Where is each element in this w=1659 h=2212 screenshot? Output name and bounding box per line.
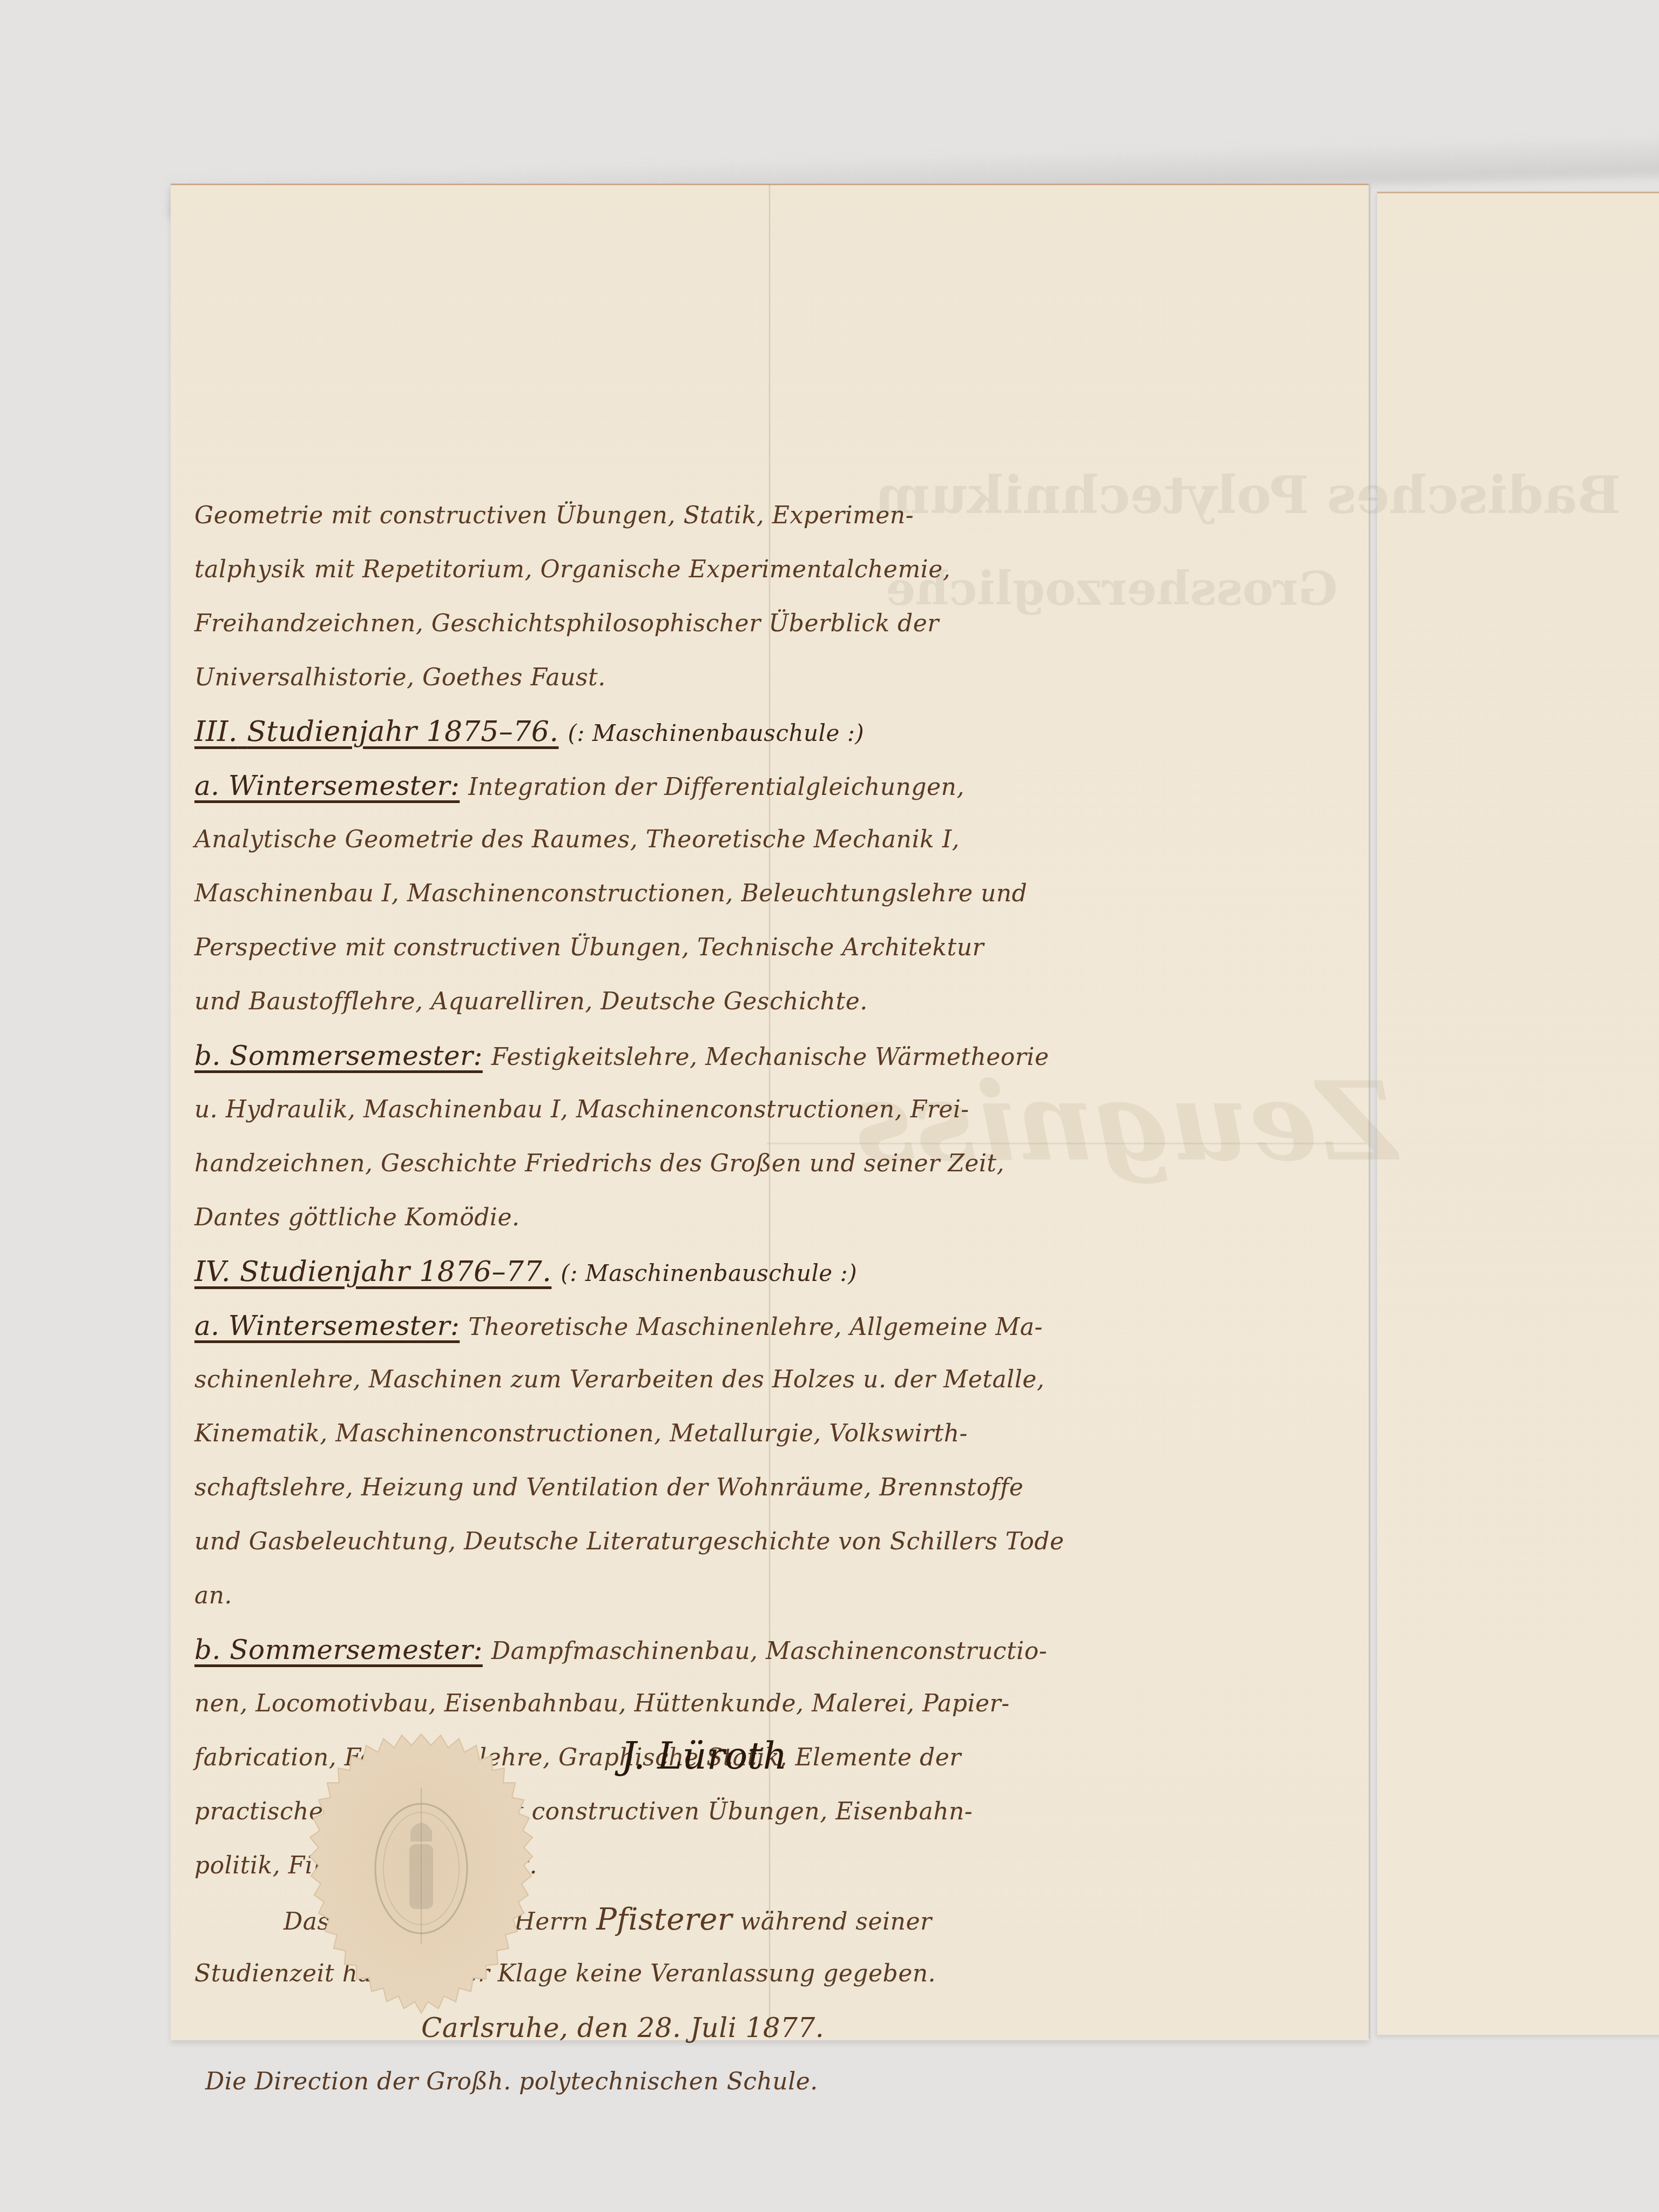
- year3-winter-line: Perspective mit constructiven Übungen, T…: [194, 921, 1193, 975]
- embossed-seal: [248, 1690, 594, 2036]
- year4-winter-line: Kinematik, Maschinenconstructionen, Meta…: [194, 1407, 1193, 1461]
- seal-icon: [248, 1690, 594, 2036]
- year3-winter-line: a. Wintersemester:Integration der Differ…: [194, 759, 1193, 813]
- year4-summer-label: b. Sommersemester:: [194, 1634, 483, 1665]
- continuation-line: Universalhistorie, Goethes Faust.: [194, 651, 1193, 705]
- year3-winter-text: Integration der Differentialgleichungen,: [468, 773, 965, 801]
- year4-winter-line: a. Wintersemester:Theoretische Maschinen…: [194, 1299, 1193, 1353]
- year4-summer-line: b. Sommersemester:Dampfmaschinenbau, Mas…: [194, 1623, 1193, 1677]
- year3-winter-label: a. Wintersemester:: [194, 770, 460, 801]
- year3-numeral: III.: [194, 716, 238, 748]
- year4-summer-text: Dampfmaschinenbau, Maschinenconstructio-: [491, 1637, 1047, 1665]
- year4-heading: IV. Studienjahr 1876–77. (: Maschinenbau…: [194, 1245, 1193, 1299]
- year4-winter-text: Theoretische Maschinenlehre, Allgemeine …: [468, 1313, 1043, 1341]
- year4-school: (: Maschinenbauschule :): [561, 1260, 857, 1286]
- director-signature: J. Lüroth: [621, 1734, 787, 1778]
- year4-winter-line: und Gasbeleuchtung, Deutsche Literaturge…: [194, 1515, 1193, 1569]
- year4-winter-line: schinenlehre, Maschinen zum Verarbeiten …: [194, 1353, 1193, 1407]
- year4-winter-label: a. Wintersemester:: [194, 1310, 460, 1341]
- year3-summer-line: b. Sommersemester:Festigkeitslehre, Mech…: [194, 1029, 1193, 1083]
- continuation-line: talphysik mit Repetitorium, Organische E…: [194, 543, 1193, 597]
- year3-summer-label: b. Sommersemester:: [194, 1040, 483, 1071]
- year3-winter-line: Analytische Geometrie des Raumes, Theore…: [194, 813, 1193, 867]
- year3-winter-line: Maschinenbau I, Maschinenconstructionen,…: [194, 867, 1193, 921]
- year4-numeral: IV.: [194, 1256, 231, 1288]
- conduct-text: während seiner: [740, 1908, 932, 1935]
- year3-summer-line: handzeichnen, Geschichte Friedrichs des …: [194, 1137, 1193, 1191]
- year3-summer-text: Festigkeitslehre, Mechanische Wärmetheor…: [491, 1043, 1049, 1071]
- continuation-line: Geometrie mit constructiven Übungen, Sta…: [194, 489, 1193, 543]
- year3-title: Studienjahr 1875–76.: [247, 716, 558, 748]
- year4-title: Studienjahr 1876–77.: [240, 1256, 551, 1288]
- student-name: Pfisterer: [596, 1902, 732, 1937]
- continuation-line: Freihandzeichnen, Geschichtsphilosophisc…: [194, 597, 1193, 651]
- year3-summer-line: Dantes göttliche Komödie.: [194, 1191, 1193, 1245]
- year3-school: (: Maschinenbauschule :): [568, 720, 864, 746]
- year4-winter-line: an.: [194, 1569, 1193, 1623]
- issuing-authority: Die Direction der Großh. polytechnischen…: [194, 2055, 1193, 2109]
- year3-heading: III. Studienjahr 1875–76. (: Maschinenba…: [194, 705, 1193, 759]
- year4-winter-line: schaftslehre, Heizung und Ventilation de…: [194, 1461, 1193, 1515]
- year3-winter-line: und Baustofflehre, Aquarelliren, Deutsch…: [194, 975, 1193, 1029]
- year3-summer-line: u. Hydraulik, Maschinenbau I, Maschinenc…: [194, 1083, 1193, 1137]
